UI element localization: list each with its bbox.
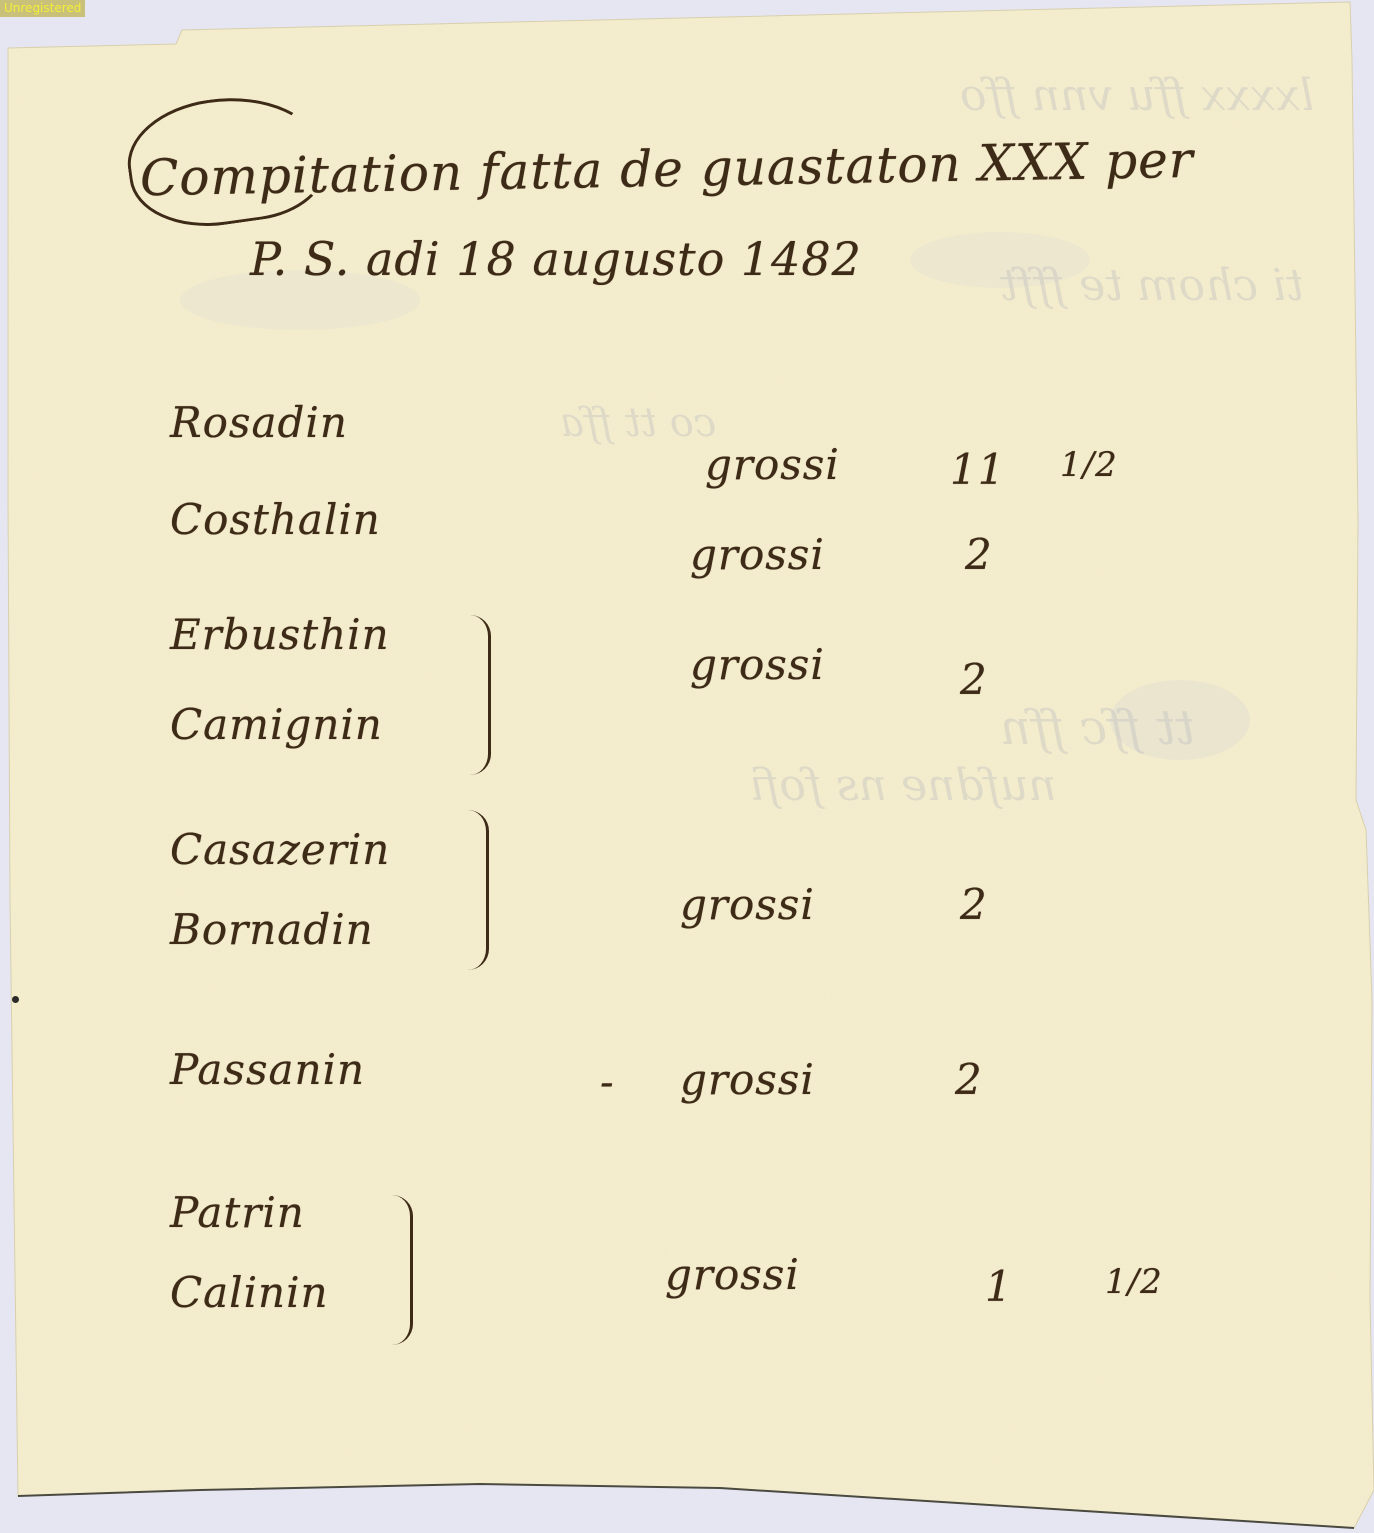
dust-speck (12, 996, 19, 1003)
bleed-through-text: nufdne ns fofi (750, 760, 1057, 811)
entry-name: Patrin (170, 1188, 305, 1237)
grouping-bracket (468, 810, 489, 970)
grouping-bracket (470, 615, 491, 775)
entry-amount: 2 (960, 655, 988, 704)
entry-name: Casazerin (170, 825, 390, 874)
entry-name: Erbusthin (170, 610, 390, 659)
entry-unit: grossi (705, 440, 840, 489)
entry-unit: grossi (680, 1055, 815, 1104)
bleed-through-text: co tt ffa (560, 400, 716, 446)
entry-unit: grossi (690, 640, 825, 689)
bleed-through-text: ti chom te ffft (1000, 260, 1304, 311)
entry-amount: 2 (960, 880, 988, 929)
entry-name: Bornadin (170, 905, 374, 954)
document-heading-line2: P. S. adi 18 augusto 1482 (250, 232, 862, 286)
entry-name: Passanin (170, 1045, 365, 1094)
entry-fraction: 1/2 (1060, 445, 1118, 485)
entry-amount: 2 (955, 1055, 983, 1104)
entry-unit: grossi (665, 1250, 800, 1299)
entry-name: Calinin (170, 1268, 329, 1317)
entry-amount: 2 (965, 530, 993, 579)
entry-name: Rosadin (170, 398, 348, 447)
entry-name: Costhalin (170, 495, 381, 544)
dash-mark: - (600, 1060, 615, 1106)
entry-unit: grossi (690, 530, 825, 579)
entry-unit: grossi (680, 880, 815, 929)
grouping-bracket (392, 1195, 413, 1345)
entry-amount: 11 (950, 445, 1005, 494)
manuscript-page: lxxxx ffu vnn ffo ti chom te ffft co tt … (0, 0, 1374, 1533)
bleed-through-text: tt ffc ffn (1000, 700, 1195, 756)
entry-name: Camignin (170, 700, 383, 749)
entry-amount: 1 (985, 1262, 1013, 1311)
unregistered-watermark: Unregistered (0, 0, 85, 17)
bleed-through-text: lxxxx ffu vnn ffo (960, 70, 1314, 121)
entry-fraction: 1/2 (1105, 1262, 1163, 1302)
